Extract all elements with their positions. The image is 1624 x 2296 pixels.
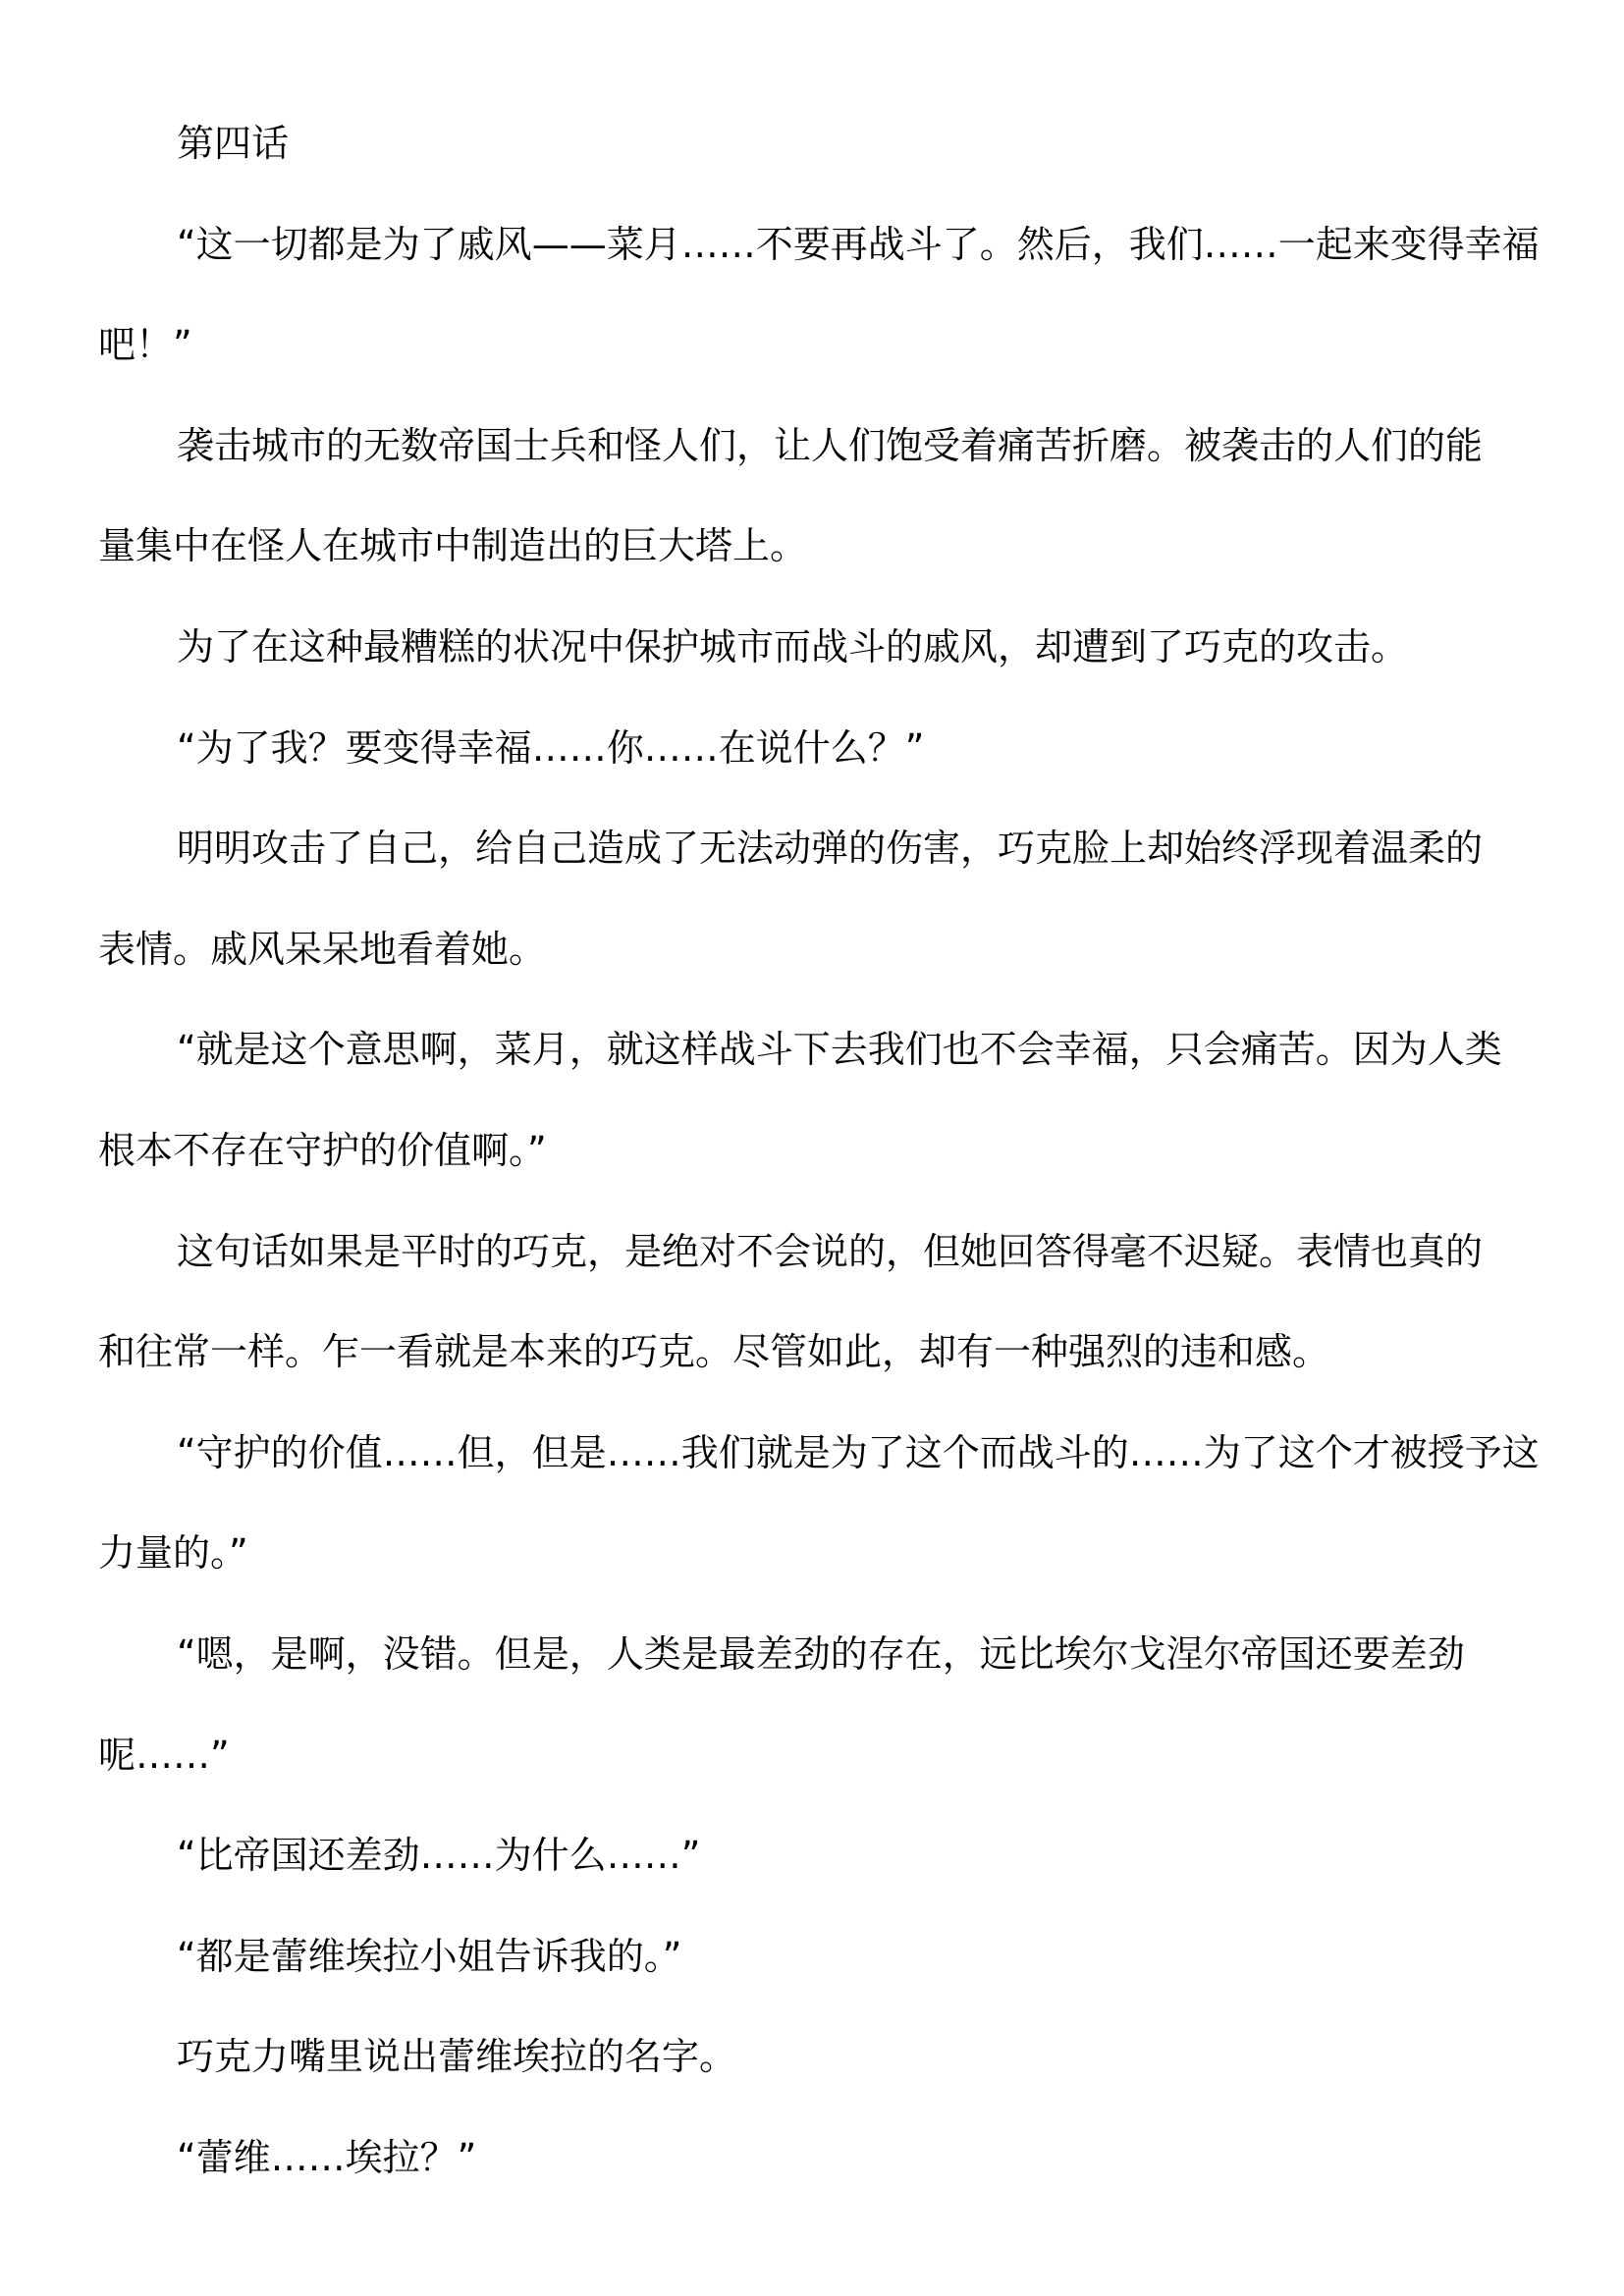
paragraph: “就是这个意思啊，菜月，就这样战斗下去我们也不会幸福，只会痛苦。因为人类 根本不…: [0, 999, 1624, 1201]
paragraph-line: 袭击城市的无数帝国士兵和怪人们，让人们饱受着痛苦折磨。被袭击的人们的能: [0, 396, 1624, 497]
paragraph-line: 吧！”: [0, 294, 1624, 396]
chapter-title: 第四话: [0, 93, 1624, 194]
paragraph-line: 和往常一样。乍一看就是本来的巧克。尽管如此，却有一种强烈的违和感。: [0, 1302, 1624, 1403]
paragraph: 为了在这种最糟糕的状况中保护城市而战斗的戚风，却遭到了巧克的攻击。: [0, 597, 1624, 698]
paragraph-line: 量集中在怪人在城市中制造出的巨大塔上。: [0, 496, 1624, 597]
paragraph: “蕾维……埃拉？”: [0, 2108, 1624, 2209]
paragraph-line: “蕾维……埃拉？”: [0, 2108, 1624, 2209]
paragraph-line: 为了在这种最糟糕的状况中保护城市而战斗的戚风，却遭到了巧克的攻击。: [0, 597, 1624, 698]
paragraph: 袭击城市的无数帝国士兵和怪人们，让人们饱受着痛苦折磨。被袭击的人们的能 量集中在…: [0, 396, 1624, 597]
document-page: 第四话 “这一切都是为了戚风——菜月……不要再战斗了。然后，我们……一起来变得幸…: [0, 93, 1624, 2208]
paragraph-line: “守护的价值……但，但是……我们就是为了这个而战斗的……为了这个才被授予这: [0, 1403, 1624, 1504]
paragraph: “这一切都是为了戚风——菜月……不要再战斗了。然后，我们……一起来变得幸福 吧！…: [0, 194, 1624, 396]
paragraph-line: 明明攻击了自己，给自己造成了无法动弹的伤害，巧克脸上却始终浮现着温柔的: [0, 798, 1624, 899]
paragraph-line: “为了我？要变得幸福……你……在说什么？”: [0, 698, 1624, 799]
paragraph-line: “这一切都是为了戚风——菜月……不要再战斗了。然后，我们……一起来变得幸福: [0, 194, 1624, 295]
paragraph-line: 呢……”: [0, 1705, 1624, 1806]
paragraph: “比帝国还差劲……为什么……”: [0, 1805, 1624, 1906]
paragraph: 这句话如果是平时的巧克，是绝对不会说的，但她回答得毫不迟疑。表情也真的 和往常一…: [0, 1201, 1624, 1403]
paragraph-line: 力量的。”: [0, 1503, 1624, 1604]
paragraph: 巧克力嘴里说出蕾维埃拉的名字。: [0, 2006, 1624, 2108]
paragraph-line: 根本不存在守护的价值啊。”: [0, 1100, 1624, 1201]
paragraph: “都是蕾维埃拉小姐告诉我的。”: [0, 1906, 1624, 2007]
paragraph-line: “都是蕾维埃拉小姐告诉我的。”: [0, 1906, 1624, 2007]
paragraph-line: 这句话如果是平时的巧克，是绝对不会说的，但她回答得毫不迟疑。表情也真的: [0, 1201, 1624, 1303]
paragraph-line: “嗯，是啊，没错。但是，人类是最差劲的存在，远比埃尔戈涅尔帝国还要差劲: [0, 1604, 1624, 1705]
paragraph: “为了我？要变得幸福……你……在说什么？”: [0, 698, 1624, 799]
paragraph-line: “就是这个意思啊，菜月，就这样战斗下去我们也不会幸福，只会痛苦。因为人类: [0, 999, 1624, 1100]
paragraph-line: 表情。戚风呆呆地看着她。: [0, 899, 1624, 1000]
paragraph: 明明攻击了自己，给自己造成了无法动弹的伤害，巧克脸上却始终浮现着温柔的 表情。戚…: [0, 798, 1624, 999]
paragraph-line: “比帝国还差劲……为什么……”: [0, 1805, 1624, 1906]
paragraph: “守护的价值……但，但是……我们就是为了这个而战斗的……为了这个才被授予这 力量…: [0, 1403, 1624, 1604]
paragraph-line: 巧克力嘴里说出蕾维埃拉的名字。: [0, 2006, 1624, 2108]
paragraph: “嗯，是啊，没错。但是，人类是最差劲的存在，远比埃尔戈涅尔帝国还要差劲 呢……”: [0, 1604, 1624, 1805]
